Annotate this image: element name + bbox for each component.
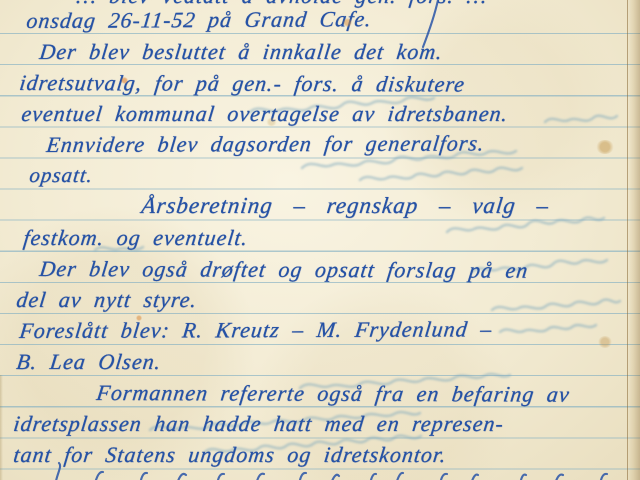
page-left-edge [0,375,3,480]
page-edge-shadow [627,0,640,480]
bottom-clipped-handwriting [56,463,607,480]
top-line-descender-stroke [423,0,438,47]
clipped-ink-strokes [0,0,640,480]
notebook-page: … blev vedtatt å avholde gen. fors. …ons… [0,0,640,480]
